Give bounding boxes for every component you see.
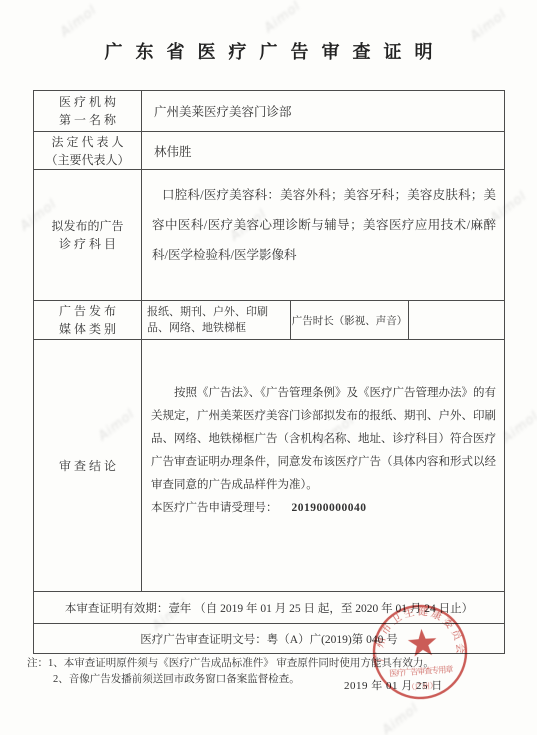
- label-line: 第 一 名 称: [59, 111, 116, 129]
- watermark: Aimol: [500, 409, 537, 447]
- row-doc-number: 医疗广告审查证明文号：粤（A）广(2019)第 040 号: [34, 624, 504, 653]
- field-label-org-name: 医 疗 机 构 第 一 名 称: [34, 91, 142, 131]
- watermark: Aimol: [380, 701, 422, 735]
- field-value-review-conclusion: 按照《广告法》、《广告管理条例》及《医疗广告管理办法》的有关规定，广州美莱医疗美…: [142, 340, 504, 591]
- label-line: 拟发布的广告: [51, 217, 123, 235]
- label-line: 审 查 结 论: [59, 457, 116, 475]
- label-line: 医 疗 机 构: [59, 93, 116, 111]
- row-validity: 本审查证明有效期：壹年 （自 2019 年 01 月 25 日 起，至 2020…: [34, 592, 504, 624]
- row-treatment-subjects: 拟发布的广告 诊 疗 科 目 口腔科/医疗美容科：美容外科；美容牙科；美容皮肤科…: [34, 170, 504, 301]
- watermark: Aimol: [262, 0, 304, 36]
- field-value-treatment-subjects: 口腔科/医疗美容科：美容外科；美容牙科；美容皮肤科；美容中医科/医疗美容心理诊断…: [142, 170, 504, 300]
- row-legal-rep: 法 定 代 表 人 （主要代表人） 林伟胜: [34, 132, 504, 170]
- acceptance-number: 201900000040: [292, 502, 367, 514]
- certificate-doc-number: 医疗广告审查证明文号：粤（A）广(2019)第 040 号: [34, 624, 504, 653]
- document-title: 广东省医疗广告审查证明: [0, 38, 537, 64]
- field-label-legal-rep: 法 定 代 表 人 （主要代表人）: [34, 132, 142, 169]
- field-value-legal-rep: 林伟胜: [142, 132, 504, 169]
- label-line: 法 定 代 表 人: [51, 133, 123, 151]
- field-label-treatment-subjects: 拟发布的广告 诊 疗 科 目: [34, 170, 142, 300]
- field-value-media-category: 报纸、期刊、户外、印刷品、网络、地铁梯框: [142, 301, 291, 339]
- field-value-org-name: 广州美莱医疗美容门诊部: [142, 91, 504, 131]
- issue-date: 2019 年 01 月 25 日: [344, 677, 443, 693]
- footnote-1: 注：1、本审查证明原件须与《医疗广告成品标准件》 审查原件同时使用方能具有效力。: [27, 656, 457, 672]
- acceptance-label: 本医疗广告申请受理号：: [151, 502, 278, 514]
- field-value-ad-duration: [409, 301, 504, 339]
- label-line: 广 告 发 布: [59, 302, 116, 320]
- label-line: （主要代表人）: [45, 151, 129, 169]
- row-org-name: 医 疗 机 构 第 一 名 称 广州美莱医疗美容门诊部: [34, 91, 504, 132]
- certificate-table: 医 疗 机 构 第 一 名 称 广州美莱医疗美容门诊部 法 定 代 表 人 （主…: [33, 90, 505, 654]
- field-label-media-category: 广 告 发 布 媒 体 类 别: [34, 301, 142, 339]
- validity-period: 本审查证明有效期：壹年 （自 2019 年 01 月 25 日 起，至 2020…: [34, 592, 504, 623]
- field-label-review-conclusion: 审 查 结 论: [34, 340, 142, 591]
- row-media-category: 广 告 发 布 媒 体 类 别 报纸、期刊、户外、印刷品、网络、地铁梯框 广告时…: [34, 301, 504, 340]
- row-review-conclusion: 审 查 结 论 按照《广告法》、《广告管理条例》及《医疗广告管理办法》的有关规定…: [34, 340, 504, 592]
- acceptance-line: 本医疗广告申请受理号：201900000040: [151, 497, 496, 520]
- conclusion-paragraph: 按照《广告法》、《广告管理条例》及《医疗广告管理办法》的有关规定，广州美莱医疗美…: [151, 382, 496, 497]
- label-line: 媒 体 类 别: [59, 320, 116, 338]
- field-label-ad-duration: 广告时长（影视、声音）: [291, 301, 409, 339]
- label-line: 诊 疗 科 目: [59, 235, 116, 253]
- watermark: Aimol: [58, 3, 100, 41]
